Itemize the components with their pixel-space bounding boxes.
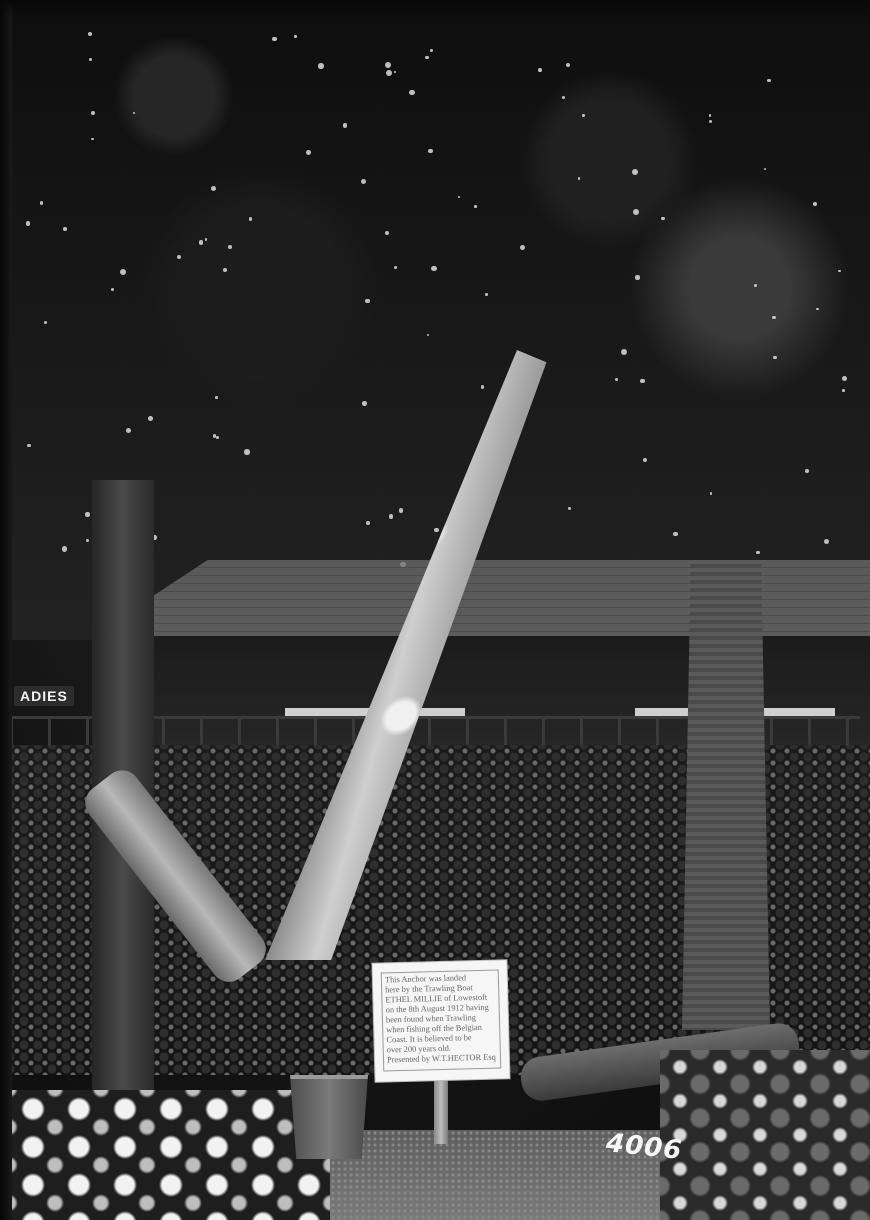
leaf-highlight [120, 269, 126, 275]
plant-pot [290, 1075, 368, 1159]
leaf-highlight [44, 321, 47, 324]
leaf-highlight [842, 376, 847, 381]
leaf-highlight [767, 79, 771, 83]
leaf-highlight [805, 469, 809, 473]
leaf-highlight [582, 114, 585, 117]
plants-right [660, 1050, 870, 1220]
leaf-highlight [754, 284, 757, 287]
leaf-highlight [621, 349, 627, 355]
plaque-text: This Anchor was landed here by the Trawl… [381, 969, 502, 1071]
leaf-highlight [842, 389, 845, 392]
leaf-highlight [216, 436, 219, 439]
leaf-highlight [485, 293, 488, 296]
film-edge-top [0, 0, 870, 18]
leaf-highlight [434, 528, 439, 533]
leaf-highlight [568, 507, 571, 510]
leaf-highlight [88, 32, 92, 36]
film-edge-left [0, 0, 12, 1220]
leaf-highlight [294, 35, 296, 37]
leaf-highlight [562, 96, 565, 99]
leaf-highlight [481, 385, 485, 389]
leaf-highlight [306, 150, 311, 155]
leaf-highlight [244, 449, 249, 454]
leaf-highlight [538, 68, 542, 72]
leaf-highlight [773, 356, 777, 360]
leaf-highlight [148, 416, 153, 421]
leaf-highlight [91, 111, 95, 115]
leaf-highlight [425, 56, 428, 59]
leaf-highlight [272, 37, 276, 41]
plaque-line: Presented by W.T.HECTOR Esq [387, 1053, 497, 1066]
leaf-highlight [86, 539, 89, 542]
leaf-highlight [813, 202, 817, 206]
leaf-highlight [710, 492, 713, 495]
leaf-highlight [362, 401, 367, 406]
archival-photograph: ADIES This Anchor was landed here by the… [0, 0, 870, 1220]
leaf-highlight [26, 221, 30, 225]
leaf-highlight [409, 90, 414, 95]
flower-bed-left [10, 1090, 330, 1220]
tree-trunk-right [682, 560, 770, 1030]
leaf-highlight [640, 379, 644, 383]
leaf-highlight [27, 444, 31, 448]
leaf-highlight [63, 227, 67, 231]
leaf-highlight [635, 275, 639, 279]
leaf-highlight [566, 63, 570, 67]
leaf-highlight [399, 508, 403, 512]
leaf-highlight [318, 63, 324, 69]
leaf-highlight [343, 123, 348, 128]
leaf-highlight [816, 308, 818, 310]
anchor-plaque: This Anchor was landed here by the Trawl… [372, 960, 509, 1081]
leaf-highlight [756, 551, 760, 555]
leaf-highlight [62, 546, 68, 552]
leaf-highlight [215, 396, 218, 399]
leaf-highlight [394, 71, 396, 73]
leaf-highlight [89, 58, 92, 61]
leaf-highlight [431, 266, 436, 271]
ladies-sign: ADIES [14, 686, 74, 706]
leaf-highlight [223, 268, 227, 272]
sign-post [434, 1078, 448, 1144]
leaf-highlight [633, 209, 639, 215]
leaf-highlight [632, 169, 638, 175]
leaf-highlight [85, 512, 89, 516]
leaf-highlight [474, 205, 477, 208]
